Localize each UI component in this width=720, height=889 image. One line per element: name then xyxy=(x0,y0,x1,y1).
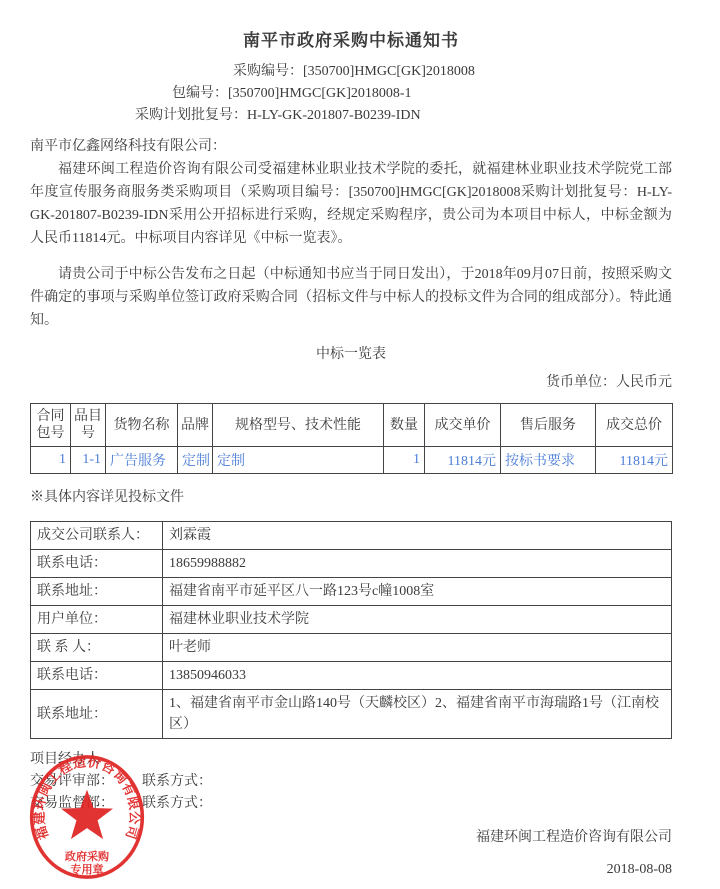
body-paragraph-contract: 请贵公司于中标公告发布之日起（中标通知书应当于同日发出），于2018年09月07… xyxy=(30,263,672,332)
table-row: 用户单位： 福建林业职业技术学院 xyxy=(31,606,672,634)
table-row: 成交公司联系人： 刘霖霞 xyxy=(31,522,672,550)
award-table-data-row: 1 1-1 广告服务 定制 定制 1 11814元 按标书要求 11814元 xyxy=(31,447,673,474)
plan-approval-number-label: 采购计划批复号： xyxy=(135,108,247,123)
user-address-label: 联系地址： xyxy=(31,690,163,739)
cell-total-price: 11814元 xyxy=(596,447,673,474)
winner-contact-value: 刘霖霞 xyxy=(163,522,672,550)
procurement-number-line: 采购编号：[350700]HMGC[GK]2018008 xyxy=(233,61,672,83)
header-goods-name: 货物名称 xyxy=(106,404,178,447)
meta-block: 采购编号：[350700]HMGC[GK]2018008 包编号：[350700… xyxy=(30,61,672,127)
seal-star-icon xyxy=(61,790,113,840)
winner-address-label: 联系地址： xyxy=(31,578,163,606)
user-unit-value: 福建林业职业技术学院 xyxy=(163,606,672,634)
header-unit-price: 成交单价 xyxy=(425,404,501,447)
header-total-price: 成交总价 xyxy=(596,404,673,447)
plan-approval-number-value: H-LY-GK-201807-B0239-IDN xyxy=(247,108,421,123)
official-seal: 福建环闽工程造价咨询有限公司 政府采购 专用章 xyxy=(28,753,146,881)
table-row: 联系电话： 18659988882 xyxy=(31,550,672,578)
cell-brand: 定制 xyxy=(178,447,213,474)
table-row: 联系电话： 13850946033 xyxy=(31,662,672,690)
header-brand: 品牌 xyxy=(178,404,213,447)
page-title: 南平市政府采购中标通知书 xyxy=(30,26,672,51)
details-note: ※具体内容详见投标文件 xyxy=(30,487,672,509)
cell-item-number: 1-1 xyxy=(71,447,106,474)
currency-unit-note: 货币单位：人民币元 xyxy=(30,372,672,394)
header-contract-package: 合同包号 xyxy=(31,404,71,447)
supervision-dept-contact-label: 联系方式： xyxy=(142,796,212,811)
cell-unit-price: 11814元 xyxy=(425,447,501,474)
cell-quantity: 1 xyxy=(384,447,425,474)
table-row: 联系地址： 福建省南平市延平区八一路123号c幢1008室 xyxy=(31,578,672,606)
header-spec-model: 规格型号、技术性能 xyxy=(213,404,384,447)
award-table-header-row: 合同包号 品目号 货物名称 品牌 规格型号、技术性能 数量 成交单价 售后服务 … xyxy=(31,404,673,447)
user-phone-value: 13850946033 xyxy=(163,662,672,690)
header-after-sale: 售后服务 xyxy=(501,404,596,447)
cell-contract-package: 1 xyxy=(31,447,71,474)
winner-contact-label: 成交公司联系人： xyxy=(31,522,163,550)
package-number-value: [350700]HMGC[GK]2018008-1 xyxy=(228,86,412,101)
table-row: 联系地址： 1、福建省南平市金山路140号（天麟校区）2、福建省南平市海瑞路1号… xyxy=(31,690,672,739)
seal-caption-line1: 政府采购 xyxy=(64,849,109,863)
award-table: 合同包号 品目号 货物名称 品牌 规格型号、技术性能 数量 成交单价 售后服务 … xyxy=(30,403,673,474)
user-phone-label: 联系电话： xyxy=(31,662,163,690)
contact-table: 成交公司联系人： 刘霖霞 联系电话： 18659988882 联系地址： 福建省… xyxy=(30,521,672,739)
package-number-line: 包编号：[350700]HMGC[GK]2018008-1 xyxy=(172,83,672,105)
award-table-title: 中标一览表 xyxy=(30,344,672,366)
plan-approval-number-line: 采购计划批复号：H-LY-GK-201807-B0239-IDN xyxy=(135,105,672,127)
table-row: 联 系 人： 叶老师 xyxy=(31,634,672,662)
procurement-number-label: 采购编号： xyxy=(233,64,303,79)
user-unit-label: 用户单位： xyxy=(31,606,163,634)
header-quantity: 数量 xyxy=(384,404,425,447)
header-item-number: 品目号 xyxy=(71,404,106,447)
recipient-company: 南平市亿鑫网络科技有限公司： xyxy=(30,135,672,158)
cell-goods-name: 广告服务 xyxy=(106,447,178,474)
user-address-value: 1、福建省南平市金山路140号（天麟校区）2、福建省南平市海瑞路1号（江南校区） xyxy=(163,690,672,739)
seal-caption-line2: 专用章 xyxy=(70,862,103,876)
body-paragraph-award: 福建环闽工程造价咨询有限公司受福建林业职业技术学院的委托，就福建林业职业技术学院… xyxy=(30,158,672,250)
user-contact-value: 叶老师 xyxy=(163,634,672,662)
procurement-notice-page: { "page": { "title": "南平市政府采购中标通知书", "me… xyxy=(0,0,720,889)
user-contact-label: 联 系 人： xyxy=(31,634,163,662)
winner-address-value: 福建省南平市延平区八一路123号c幢1008室 xyxy=(163,578,672,606)
procurement-number-value: [350700]HMGC[GK]2018008 xyxy=(303,64,475,79)
winner-phone-value: 18659988882 xyxy=(163,550,672,578)
package-number-label: 包编号： xyxy=(172,86,228,101)
cell-after-sale: 按标书要求 xyxy=(501,447,596,474)
winner-phone-label: 联系电话： xyxy=(31,550,163,578)
review-dept-contact-label: 联系方式： xyxy=(142,774,212,789)
cell-spec-model: 定制 xyxy=(213,447,384,474)
